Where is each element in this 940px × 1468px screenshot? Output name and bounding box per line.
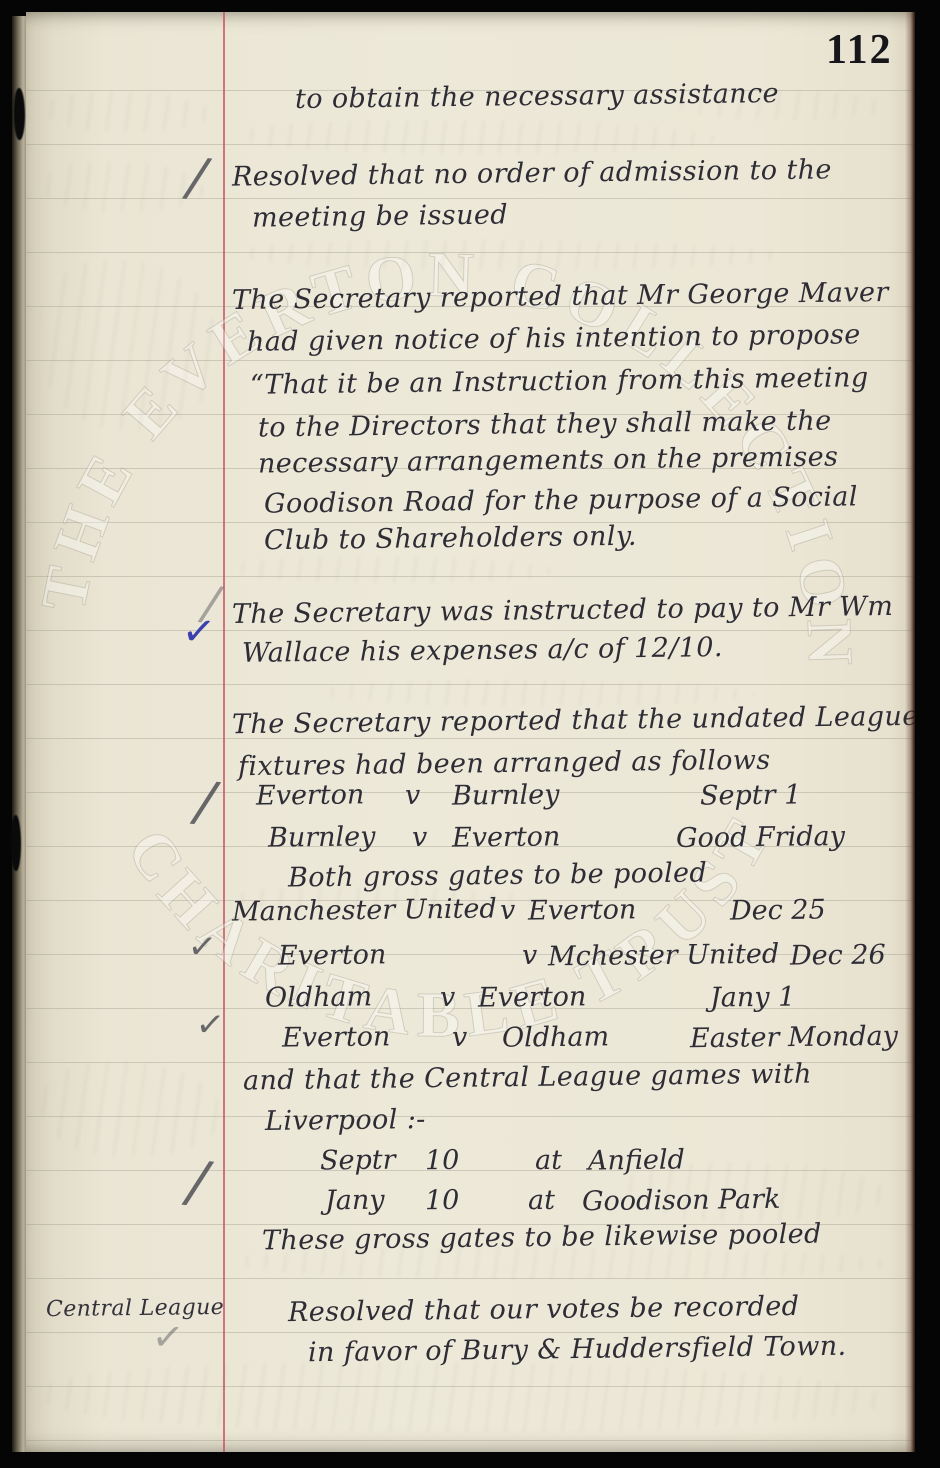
fixture-date: Good Friday <box>676 821 845 854</box>
margin-check-tick: ✓ <box>194 1007 226 1044</box>
fixture-row: Oldham v Everton Jany 1 <box>26 982 915 1024</box>
margin-check-tick-blue: ✓ <box>180 610 218 653</box>
minute-line: Resolved that our votes be recorded <box>288 1291 800 1328</box>
fixture-vs: v <box>440 982 456 1013</box>
minute-line: These gross gates to be likewise pooled <box>262 1219 822 1257</box>
minute-line: and that the Central League games with <box>243 1059 812 1097</box>
fixture-vs: v <box>405 780 421 811</box>
margin-note-central-league: Central League <box>46 1295 224 1322</box>
fixture-date: Jany 1 <box>710 981 796 1013</box>
fixture-away: Everton <box>452 821 561 853</box>
page-right-edge <box>905 12 915 1452</box>
bleed-through-mark <box>326 680 756 706</box>
fixture-row: Everton v Oldham Easter Monday <box>26 1022 915 1064</box>
minute-line: The Secretary reported that the undated … <box>232 701 915 740</box>
bleed-through-mark <box>44 162 204 212</box>
fixture-away: Mchester United <box>548 939 780 973</box>
minute-book-page: THE EVERTON COLLECTION CHARITABLE TRUST … <box>26 12 915 1452</box>
minute-line: in favor of Bury & Huddersfield Town. <box>308 1331 847 1369</box>
fixture-home: Oldham <box>265 981 373 1013</box>
fixture-home: Burnley <box>268 821 376 853</box>
minute-line: Both gross gates to be pooled <box>288 857 707 893</box>
margin-check-tick: ✓ <box>150 1316 186 1357</box>
game-day: 10 <box>425 1185 460 1216</box>
minute-line: Wallace his expenses a/c of 12/10. <box>242 632 723 669</box>
ink-smudge <box>14 88 25 140</box>
minute-line: fixtures had been arranged as follows <box>238 745 771 783</box>
minute-line: had given notice of his intention to pro… <box>247 319 861 357</box>
fixture-away: Everton <box>478 981 587 1013</box>
fixture-away: Everton <box>528 894 637 926</box>
game-at: at <box>535 1145 562 1176</box>
fixture-home: Everton <box>282 1021 391 1053</box>
ink-smudge <box>11 815 21 871</box>
bleed-through-mark <box>42 1062 222 1157</box>
game-month: Septr <box>320 1145 396 1177</box>
minute-line: to obtain the necessary assistance <box>295 78 779 115</box>
fixture-row: Everton v Mchester United Dec 26 <box>26 940 915 982</box>
bleed-through-mark <box>246 240 786 270</box>
minute-line: meeting be issued <box>252 199 508 233</box>
minute-line: Goodison Road for the purpose of a Socia… <box>264 481 858 519</box>
game-day: 10 <box>425 1145 460 1176</box>
minute-line: The Secretary reported that Mr George Ma… <box>232 277 889 316</box>
bleed-through-mark <box>40 260 220 430</box>
fixture-row: Everton v Burnley Septr 1 <box>26 780 915 822</box>
bleed-through-mark <box>236 557 556 583</box>
game-month: Jany <box>325 1185 385 1217</box>
photograph-background: THE EVERTON COLLECTION CHARITABLE TRUST … <box>0 0 940 1468</box>
game-at: at <box>528 1185 555 1216</box>
minute-line: Liverpool :- <box>265 1104 426 1137</box>
fixture-vs: v <box>522 940 538 971</box>
fixture-home: Everton <box>256 779 365 811</box>
fixture-away: Burnley <box>452 779 560 811</box>
bleed-through-mark <box>46 1362 886 1432</box>
minute-line: to the Directors that they shall make th… <box>258 405 832 443</box>
fixture-vs: v <box>500 895 516 926</box>
central-game-row: Septr 10 at Anfield <box>26 1145 915 1187</box>
fixture-away: Oldham <box>502 1021 610 1053</box>
fixture-date: Dec 25 <box>730 894 826 926</box>
game-venue: Goodison Park <box>582 1184 781 1217</box>
fixture-home: Manchester United <box>232 893 497 927</box>
fixture-date: Septr 1 <box>700 779 802 811</box>
fixture-vs: v <box>412 822 428 853</box>
fixture-vs: v <box>452 1022 468 1053</box>
fixture-date: Easter Monday <box>690 1021 898 1055</box>
page-number: 112 <box>826 26 893 74</box>
fixture-home: Everton <box>278 939 387 971</box>
minute-line: The Secretary was instructed to pay to M… <box>232 591 894 630</box>
margin-slash-tick: / <box>185 151 208 205</box>
minute-line: necessary arrangements on the premises <box>258 441 839 479</box>
red-margin-rule <box>223 12 225 1452</box>
bleed-through-mark <box>246 120 716 154</box>
fixture-row: Manchester United v Everton Dec 25 <box>26 895 915 937</box>
minute-line: Club to Shareholders only. <box>264 521 637 557</box>
game-venue: Anfield <box>588 1144 685 1176</box>
fixture-row: Burnley v Everton Good Friday <box>26 822 915 864</box>
bleed-through-mark <box>46 92 211 132</box>
margin-check-tick: ✓ <box>186 929 218 966</box>
fixture-date: Dec 26 <box>790 939 886 971</box>
minute-line: “That it be an Instruction from this mee… <box>250 362 869 401</box>
minute-line: Resolved that no order of admission to t… <box>232 154 832 192</box>
